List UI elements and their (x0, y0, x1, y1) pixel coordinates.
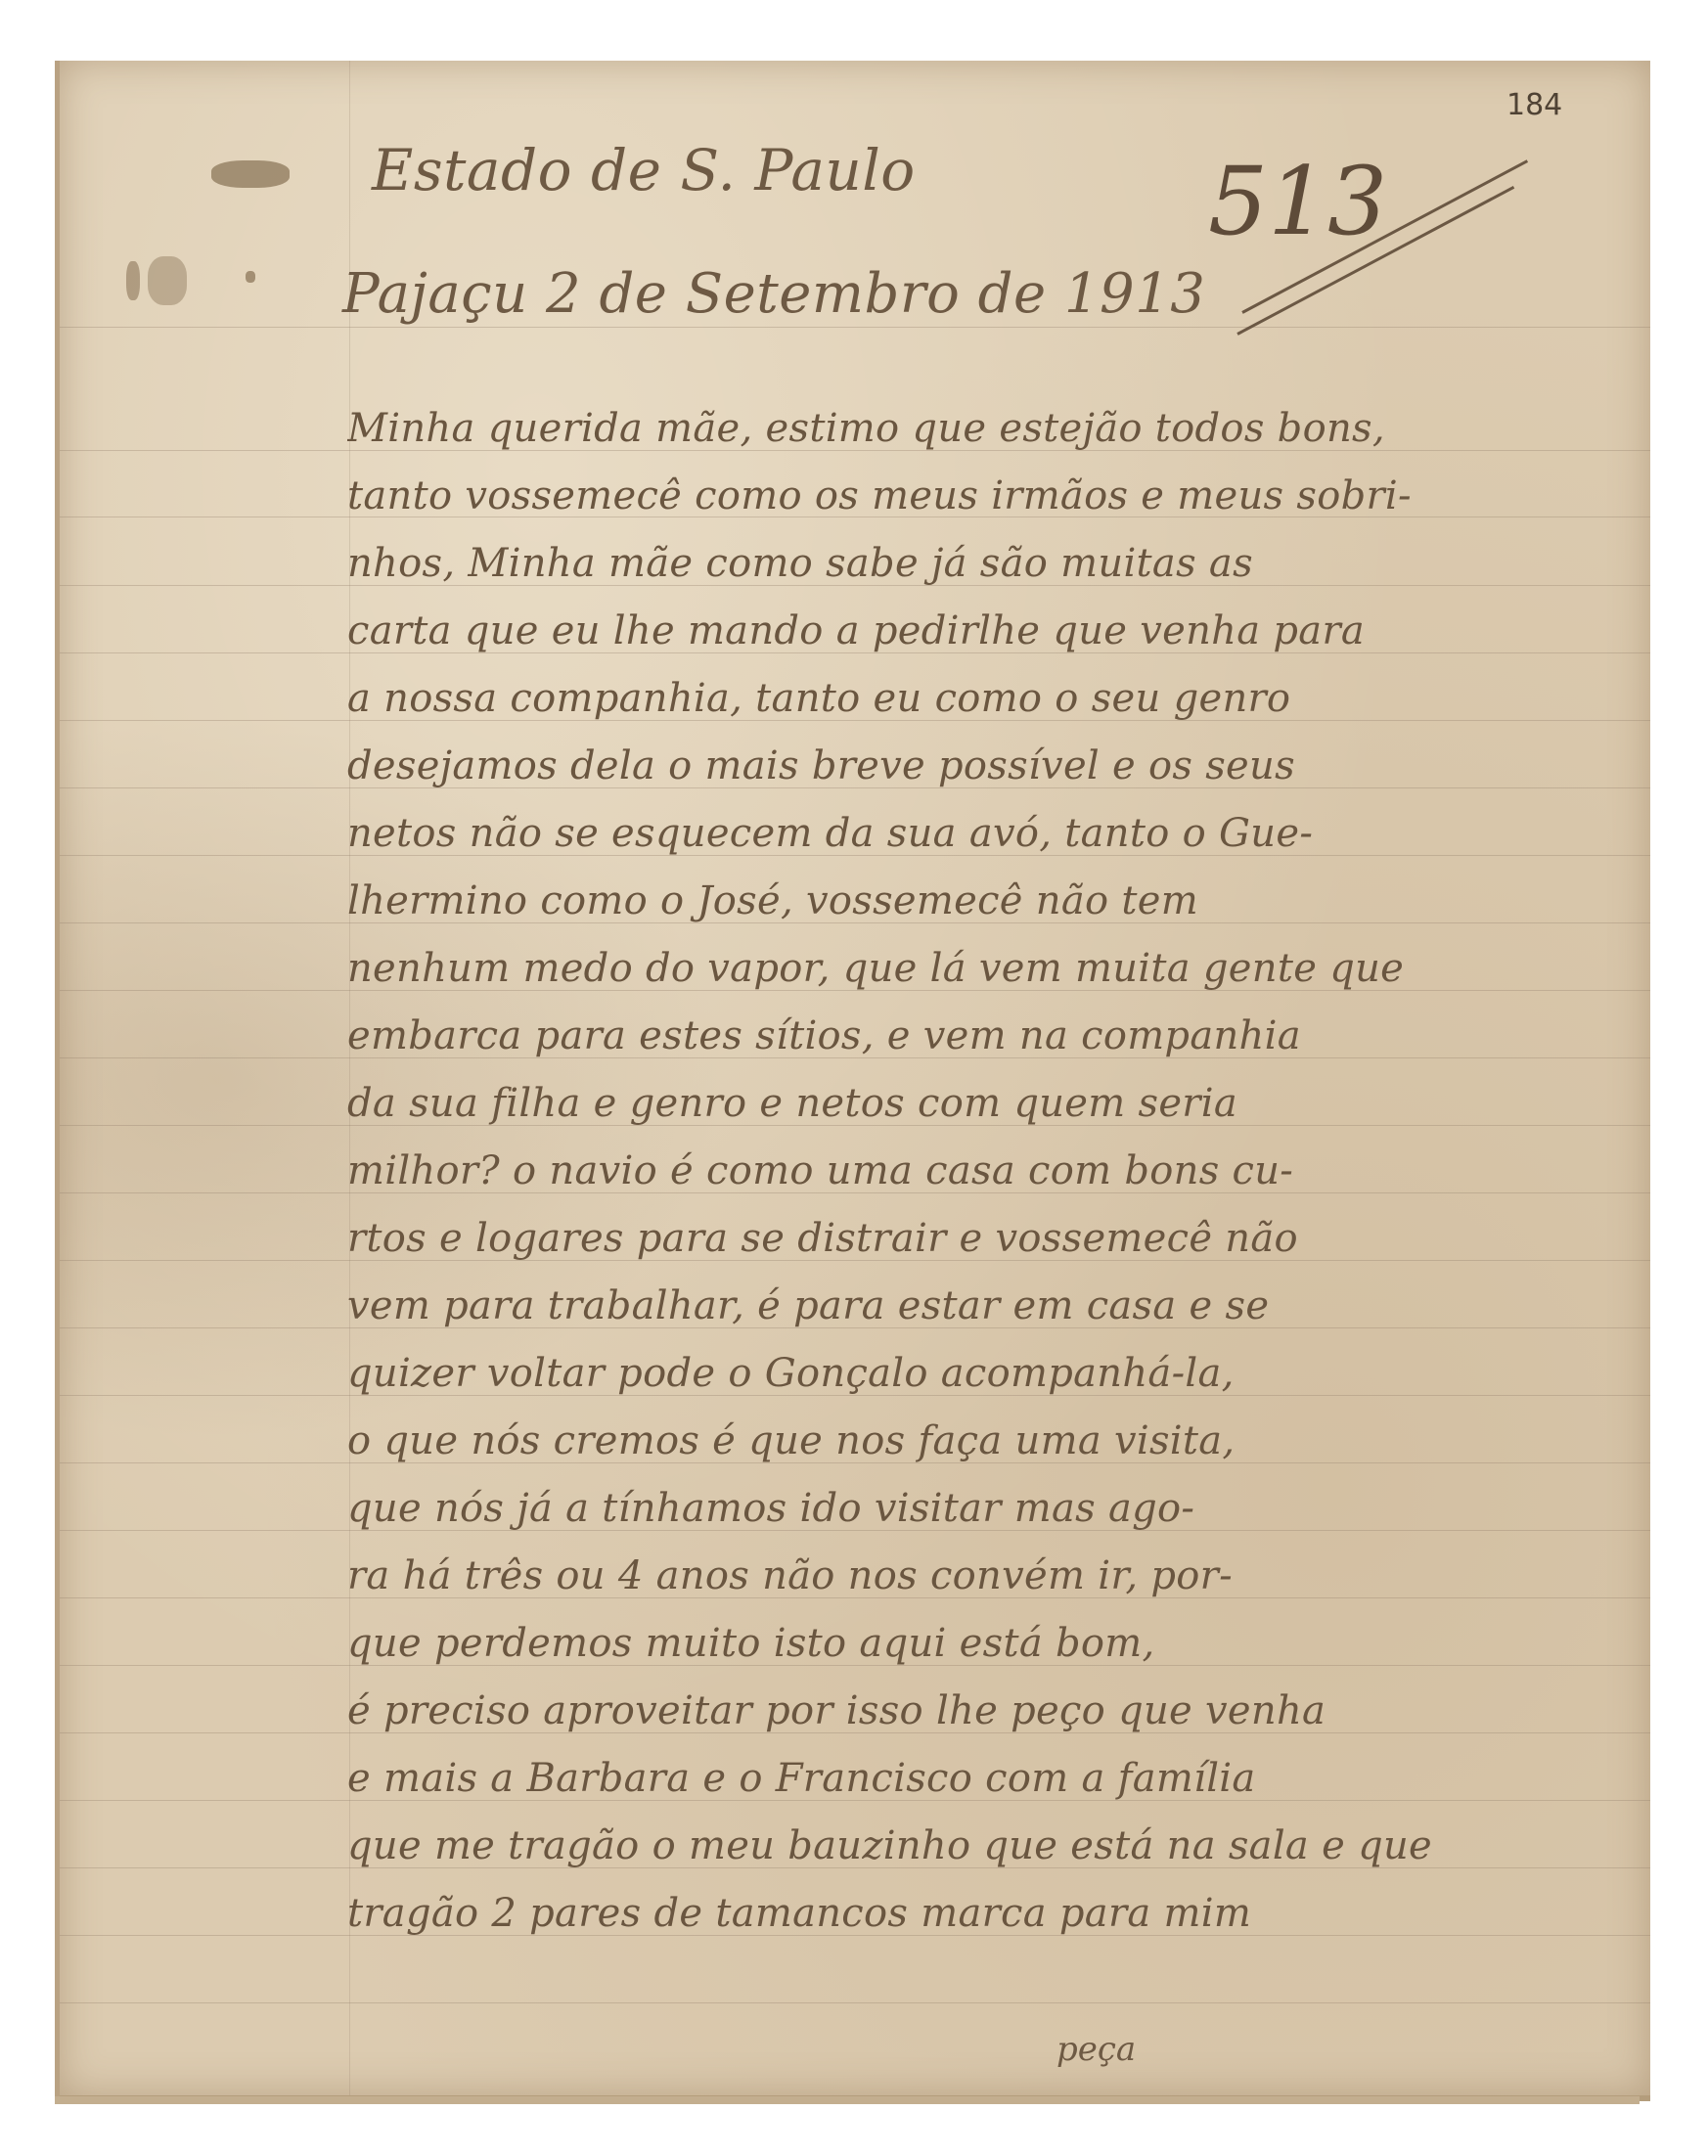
letter-line: milhor? o navio é como uma casa com bons… (347, 1148, 1639, 1193)
letter-line: é preciso aproveitar por isso lhe peço q… (347, 1688, 1639, 1733)
letter-line: vem para trabalhar, é para estar em casa… (347, 1283, 1639, 1328)
ruled-line (60, 327, 1650, 328)
letter-line: ra há três ou 4 anos não nos convém ir, … (347, 1553, 1639, 1598)
ink-stain (246, 271, 255, 283)
letter-line: quizer voltar pode o Gonçalo acompanhá-l… (347, 1351, 1639, 1396)
letter-line: a nossa companhia, tanto eu como o seu g… (347, 676, 1639, 721)
letter-line: netos não se esquecem da sua avó, tanto … (347, 811, 1639, 856)
letter-line: que perdemos muito isto aqui está bom, (347, 1621, 1639, 1666)
letter-line: que me tragão o meu bauzinho que está na… (347, 1823, 1639, 1868)
header-place-date: Pajaçu 2 de Setembro de 1913 (342, 262, 1205, 326)
letter-line: lhermino como o José, vossemecê não tem (347, 878, 1639, 923)
letter-line: o que nós cremos é que nos faça uma visi… (347, 1418, 1639, 1463)
letter-line: da sua filha e genro e netos com quem se… (347, 1081, 1639, 1126)
ink-stain (211, 160, 290, 188)
archive-number: 513 (1208, 147, 1387, 256)
letter-line: tragão 2 pares de tamancos marca para mi… (347, 1891, 1639, 1936)
folio-number: 184 (1506, 88, 1562, 122)
letter-line: embarca para estes sítios, e vem na comp… (347, 1013, 1639, 1058)
letter-line: rtos e logares para se distrair e vossem… (347, 1216, 1639, 1261)
letter-line: desejamos dela o mais breve possível e o… (347, 743, 1639, 788)
page-edge (55, 2096, 1640, 2104)
header-state: Estado de S. Paulo (372, 137, 916, 203)
letter-line: Minha querida mãe, estimo que estejão to… (347, 406, 1639, 451)
letter-line: tanto vossemecê como os meus irmãos e me… (347, 473, 1639, 518)
ink-stain (148, 256, 187, 305)
letter-line: nhos, Minha mãe como sabe já são muitas … (347, 541, 1639, 586)
ink-stain (126, 261, 140, 300)
ruled-line (60, 2002, 1650, 2003)
letter-line: nenhum medo do vapor, que lá vem muita g… (347, 946, 1639, 991)
letter-line: que nós já a tínhamos ido visitar mas ag… (347, 1486, 1639, 1531)
catchword: peça (1056, 2030, 1136, 2069)
letter-line: carta que eu lhe mando a pedirlhe que ve… (347, 608, 1639, 653)
letter-line: e mais a Barbara e o Francisco com a fam… (347, 1756, 1639, 1801)
